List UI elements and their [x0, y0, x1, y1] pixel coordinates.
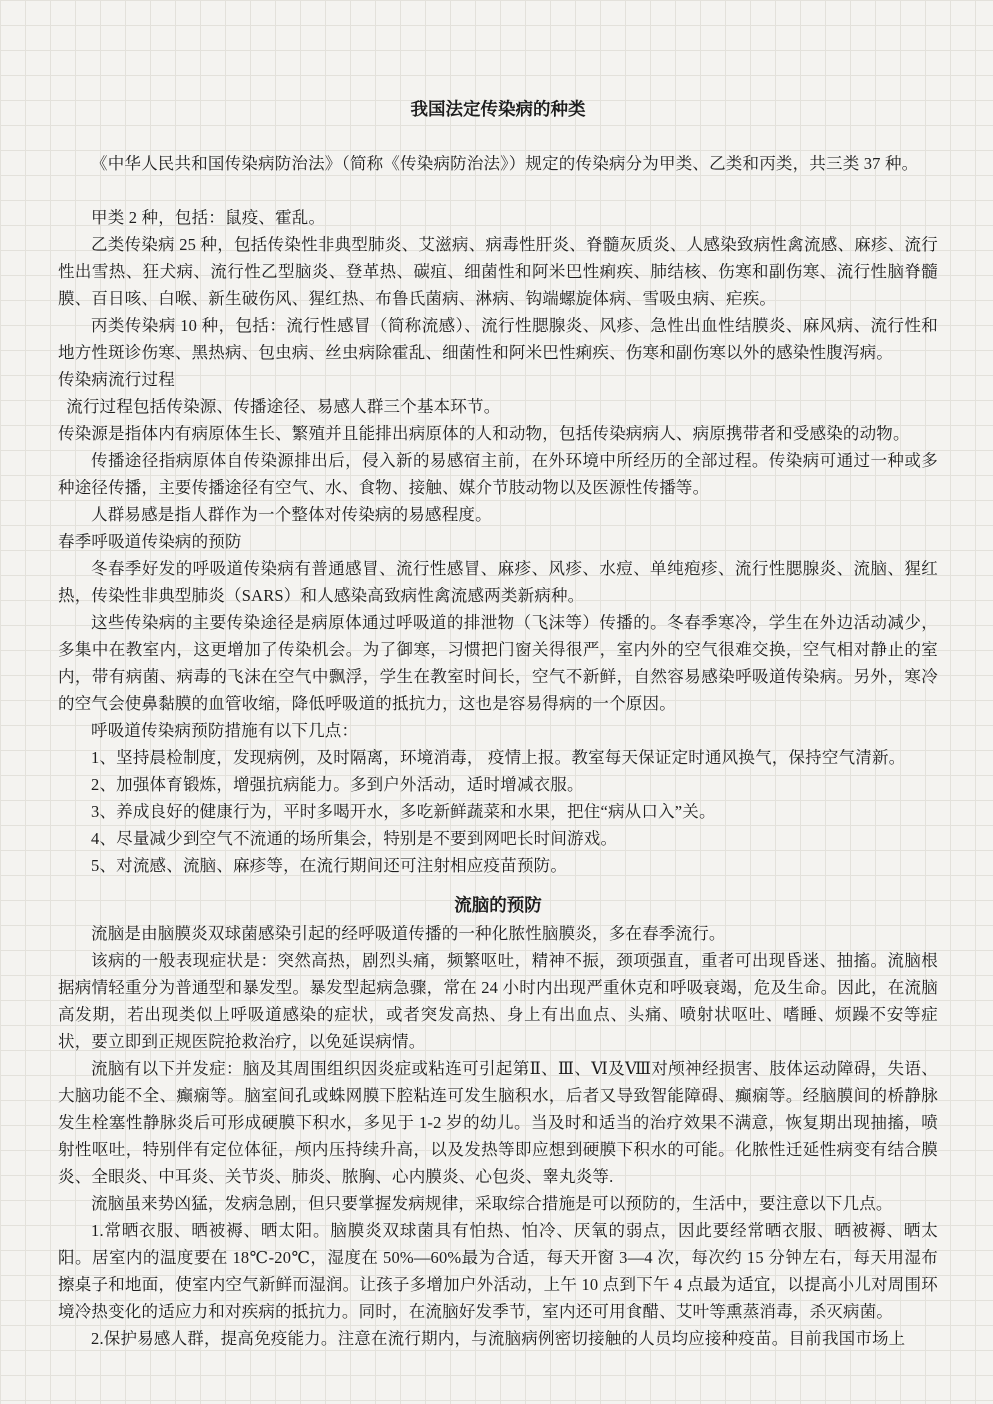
- document-page: 我国法定传染病的种类 《中华人民共和国传染病防治法》（简称《传染病防治法》）规定…: [0, 0, 993, 1404]
- meningitis-prevention-item-1: 1.常晒衣服、晒被褥、晒太阳。脑膜炎双球菌具有怕热、怕冷、厌氧的弱点，因此要经常…: [58, 1217, 938, 1325]
- subheading-spring-prevention: 春季呼吸道传染病的预防: [58, 528, 938, 555]
- class-a-paragraph: 甲类 2 种，包括：鼠疫、霍乱。: [58, 204, 938, 231]
- para-susceptible-population: 人群易感是指人群作为一个整体对传染病的易感程度。: [58, 501, 938, 528]
- prevention-item-1: 1、坚持晨检制度，发现病例，及时隔离，环境消毒， 疫情上报。教室每天保证定时通风…: [58, 744, 938, 771]
- para-prevention-measures-intro: 呼吸道传染病预防措施有以下几点：: [58, 717, 938, 744]
- prevention-item-5: 5、对流感、流脑、麻疹等，在流行期间还可注射相应疫苗预防。: [58, 852, 938, 879]
- meningitis-prevention-item-2: 2.保护易感人群，提高免疫能力。注意在流行期内，与流脑病例密切接触的人员均应接种…: [58, 1325, 938, 1352]
- class-b-paragraph: 乙类传染病 25 种，包括传染性非典型肺炎、艾滋病、病毒性肝炎、脊髓灰质炎、人感…: [58, 231, 938, 312]
- para-meningitis-prevention-summary: 流脑虽来势凶猛，发病急剧，但只要掌握发病规律，采取综合措施是可以预防的，生活中，…: [58, 1190, 938, 1217]
- class-c-paragraph: 丙类传染病 10 种，包括：流行性感冒（简称流感）、流行性腮腺炎、风疹、急性出血…: [58, 312, 938, 366]
- prevention-item-2: 2、加强体育锻炼，增强抗病能力。多到户外活动，适时增减衣服。: [58, 771, 938, 798]
- para-transmission-route: 传播途径指病原体自传染源排出后，侵入新的易感宿主前，在外环境中所经历的全部过程。…: [58, 447, 938, 501]
- para-transmission-analysis: 这些传染病的主要传染途径是病原体通过呼吸道的排泄物（飞沫等）传播的。冬春季寒冷，…: [58, 609, 938, 717]
- para-winter-spring-diseases: 冬春季好发的呼吸道传染病有普通感冒、流行性感冒、麻疹、风疹、水痘、单纯疱疹、流行…: [58, 555, 938, 609]
- para-infection-source: 传染源是指体内有病原体生长、繁殖并且能排出病原体的人和动物，包括传染病病人、病原…: [58, 420, 938, 447]
- para-epidemic-links: 流行过程包括传染源、传播途径、易感人群三个基本环节。: [58, 393, 938, 420]
- document-title: 我国法定传染病的种类: [58, 96, 938, 123]
- meningitis-section-title: 流脑的预防: [58, 892, 938, 919]
- intro-paragraph: 《中华人民共和国传染病防治法》（简称《传染病防治法》）规定的传染病分为甲类、乙类…: [58, 150, 938, 177]
- prevention-item-3: 3、养成良好的健康行为，平时多喝开水，多吃新鲜蔬菜和水果，把住“病从口入”关。: [58, 798, 938, 825]
- para-meningitis-overview: 流脑是由脑膜炎双球菌感染引起的经呼吸道传播的一种化脓性脑膜炎，多在春季流行。: [58, 920, 938, 947]
- para-meningitis-complications: 流脑有以下并发症：脑及其周围组织因炎症或粘连可引起第Ⅱ、Ⅲ、Ⅵ及Ⅷ对颅神经损害、…: [58, 1055, 938, 1190]
- prevention-item-4: 4、尽量减少到空气不流通的场所集会，特别是不要到网吧长时间游戏。: [58, 825, 938, 852]
- subheading-epidemic-process: 传染病流行过程: [58, 366, 938, 393]
- para-meningitis-symptoms: 该病的一般表现症状是：突然高热，剧烈头痛，频繁呕吐，精神不振，颈项强直，重者可出…: [58, 947, 938, 1055]
